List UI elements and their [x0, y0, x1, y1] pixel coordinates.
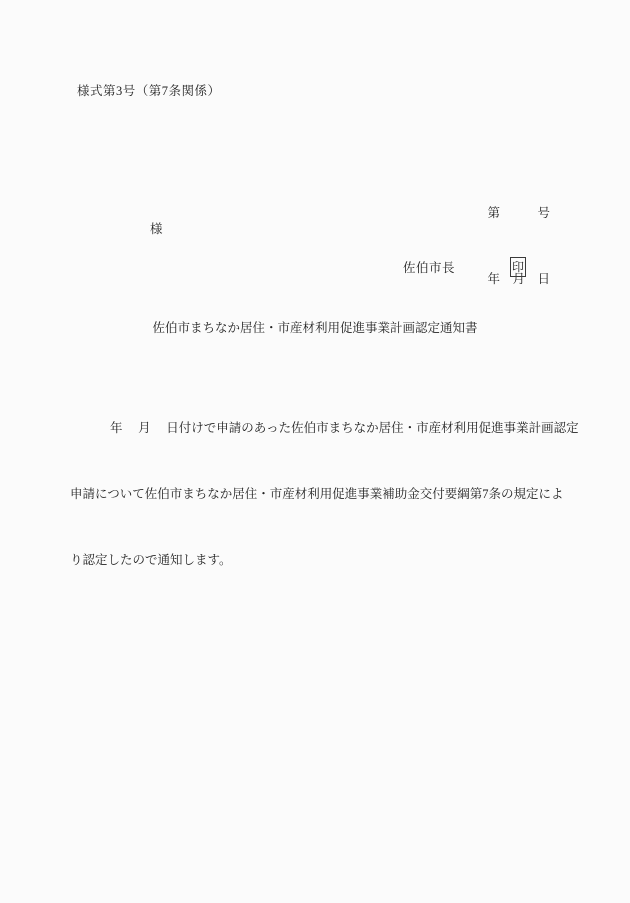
document-title: 佐伯市まちなか居住・市産材利用促進事業計画認定通知書 [0, 321, 630, 335]
form-number: 様式第3号（第7条関係） [77, 84, 221, 98]
body-line-2: 申請について佐伯市まちなか居住・市産材利用促進事業補助金交付要綱第7条の規定によ [70, 483, 590, 505]
doc-number-placeholder: 第 号 [487, 202, 550, 224]
body-line-1: 年 月 日付けで申請のあった佐伯市まちなか居住・市産材利用促進事業計画認定 [70, 417, 590, 439]
addressee-honorific: 様 [150, 222, 163, 236]
sender-name: 佐伯市長 [403, 261, 455, 275]
seal-placeholder-box: 印 [510, 257, 526, 277]
document-header-right: 第 号 年 月 日 [487, 158, 550, 334]
document-body: 年 月 日付けで申請のあった佐伯市まちなか居住・市産材利用促進事業計画認定 申請… [70, 373, 590, 615]
body-line-3: り認定したので通知します。 [70, 549, 590, 571]
document-page: 様式第3号（第7条関係） 第 号 年 月 日 様 佐伯市長 印 佐伯市まちなか居… [0, 0, 630, 903]
